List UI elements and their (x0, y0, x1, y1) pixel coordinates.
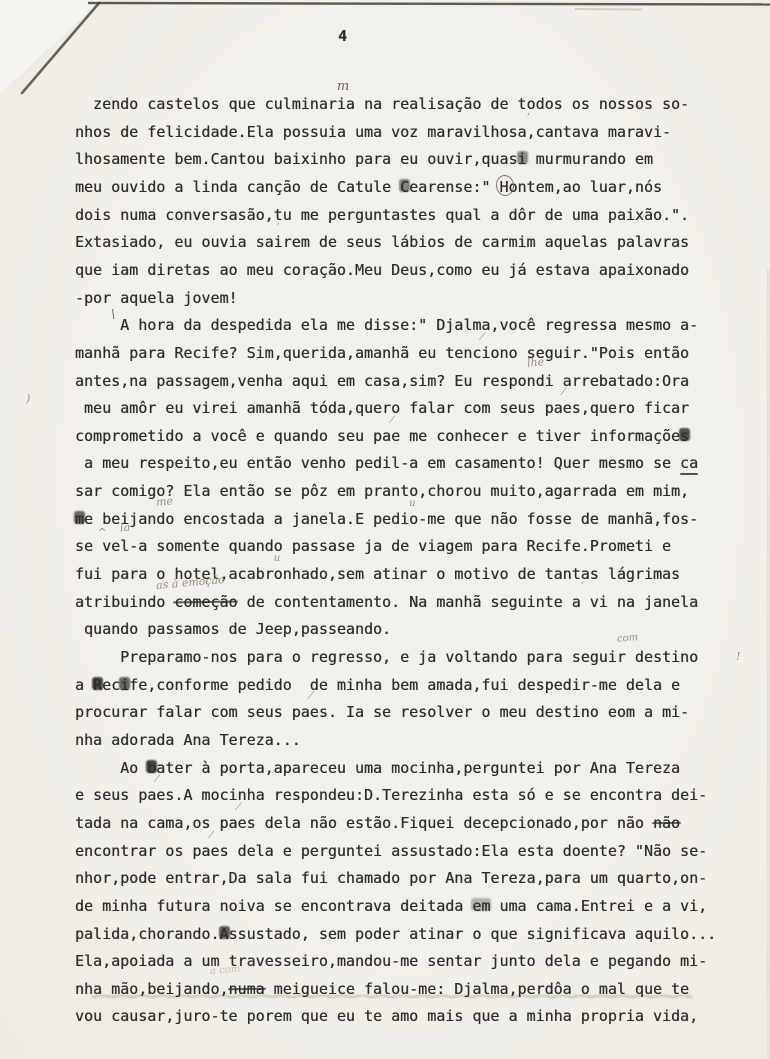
strikethrough-mark (228, 988, 266, 990)
typed-line: palida,chorando.Assustado, sem poder ati… (75, 923, 716, 945)
underline-mark (680, 473, 698, 475)
handwritten-com: com (616, 632, 638, 645)
exclaim-mark: ! (736, 650, 740, 663)
typed-line: que iam diretas ao meu coração.Meu Deus,… (75, 259, 689, 281)
handwritten-m: m (337, 79, 349, 94)
pais-slash: ⁄ (156, 774, 158, 785)
typed-line: de minha futura noiva se encontrava deit… (75, 895, 707, 917)
typed-line: zendo castelos que culminaria na realisa… (75, 93, 689, 115)
typed-line: vou causar,juro-te porem que eu te amo m… (75, 1005, 698, 1027)
ink-blot (74, 511, 85, 524)
ink-blot (92, 677, 103, 690)
handwritten-apostrophe: ’ (527, 111, 531, 124)
strikethrough-mark (173, 600, 238, 603)
typed-line: se vel-a somente quando passase ja de vi… (75, 535, 671, 557)
typed-line: manhã para Recife? Sim,querida,amanhã eu… (75, 342, 689, 364)
backslash-mark: \ (111, 307, 115, 321)
typed-line: encontrar os paes dela e perguntei assus… (75, 840, 707, 862)
typed-line: me beijando encostada a janela.E pedio-m… (75, 508, 698, 530)
typed-line: meu ouvido a linda canção de Catule Cear… (75, 176, 662, 198)
typed-line: antes,na passagem,venha aqui em casa,sim… (75, 370, 689, 392)
typed-line: nhor,pode entrar,Da sala fui chamado por… (75, 867, 707, 889)
strikethrough-mark (652, 822, 681, 824)
typed-line: e seus paes.A mocinha respondeu:D.Terezi… (75, 784, 707, 806)
accent-mark: ´ (274, 222, 280, 235)
typed-line: nha mão,beijando,numa meigueice falou-me… (75, 978, 689, 1000)
pais-slash: ⁄ (391, 415, 393, 426)
ink-blot (146, 760, 157, 773)
typed-line: nha adorada Ana Tereza... (75, 729, 301, 751)
pais-slash: ⁄ (310, 691, 312, 702)
typed-line: lhosamente bem.Cantou baixinho para eu o… (75, 148, 653, 170)
ink-blot (679, 428, 690, 441)
paren-mark: ) (26, 392, 30, 405)
page-corner-fold (0, 0, 100, 94)
ink-blot (119, 677, 130, 690)
pais-slash: ⁄ (238, 802, 240, 813)
scan-top-edge-line (88, 3, 770, 5)
handwritten-lhe: lhe (526, 355, 544, 369)
page-number: 4 (338, 27, 347, 45)
typed-line: Ela,apoiada a um travesseiro,mandou-me s… (75, 950, 707, 972)
ink-blot (471, 898, 491, 911)
slash-mark: ⁄ (481, 332, 483, 343)
typed-line: A hora da despedida ela me disse:" Djalm… (75, 314, 698, 336)
handwritten-me: me (156, 494, 174, 508)
typed-line: a Recife,conforme pedido de minha bem am… (75, 674, 680, 696)
typed-line: comprometido a você e quando seu pae me … (75, 425, 689, 447)
typed-line: dois numa conversasão,tu me perguntastes… (75, 204, 689, 226)
handwritten-u: u (274, 553, 280, 564)
pais-slash: ⁄ (210, 830, 212, 841)
typed-line: Extasiado, eu ouvia sairem de seus lábio… (75, 231, 689, 253)
handwritten-la: la (120, 521, 131, 535)
typed-line: procurar falar com seus paes. Ia se reso… (75, 701, 689, 723)
scanned-page: 4 zendo castelos que culminaria na reali… (0, 0, 770, 1059)
ink-blot (399, 179, 410, 192)
caret-mark: ^ (98, 526, 107, 539)
typed-line: meu amôr eu virei amanhã tóda,quero fala… (75, 397, 689, 419)
typed-line: Ao bater à porta,apareceu uma mocinha,pe… (75, 757, 680, 779)
typed-line: nhos de felicidade.Ela possuia uma voz m… (75, 121, 671, 143)
pais-slash: ⁄ (563, 387, 565, 398)
typed-line: -por aquela jovem! (75, 287, 238, 309)
typed-line: atribuindo começão de contentamento. Na … (75, 591, 698, 613)
top-smudge (575, 9, 642, 10)
grave-mark: ʻ (581, 581, 584, 592)
handwritten-u: u (409, 498, 415, 509)
typed-line: quando passamos de Jeep,passeando. (75, 618, 391, 640)
ink-blot (517, 151, 528, 164)
typed-line: tada na cama,os paes dela não estão.Fiqu… (75, 812, 680, 834)
handwritten-a-com: a com (210, 963, 241, 977)
ink-blot (219, 926, 230, 939)
typed-line: a meu respeito,eu então venho pedil-a em… (75, 452, 698, 474)
typed-line: Preparamo-nos para o regresso, e ja volt… (75, 646, 698, 668)
